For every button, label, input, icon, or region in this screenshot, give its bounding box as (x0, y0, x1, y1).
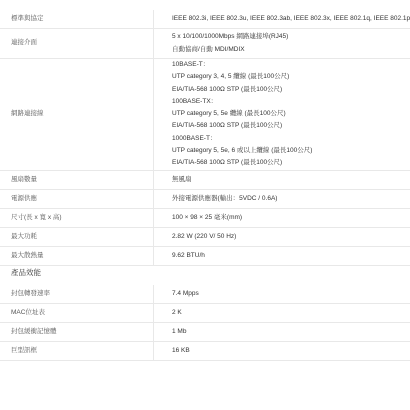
spec-value-line: EIA/TIA-568 100Ω STP (最長100公尺) (172, 84, 410, 96)
spec-row-forwarding-rate: 封包轉發速率 7.4 Mpps (0, 285, 410, 304)
spec-row-standards: 標準與協定 IEEE 802.3i, IEEE 802.3u, IEEE 802… (0, 10, 410, 29)
spec-value-line: 100BASE-TX： (172, 96, 410, 108)
spec-value: 5 x 10/100/1000Mbps 網路連接埠(RJ45) 自動協商/自動 … (154, 29, 410, 59)
spec-row-power-supply: 電源供應 外接電源供應器(輸出：5VDC / 0.6A) (0, 189, 410, 208)
spec-row-fans: 風扇數量 無風扇 (0, 170, 410, 189)
spec-value: 無風扇 (154, 170, 410, 189)
spec-label: 封包轉發速率 (0, 285, 154, 304)
spec-value-line: 5 x 10/100/1000Mbps 網路連接埠(RJ45) (172, 31, 410, 43)
spec-value: 10BASE-T： UTP category 3, 4, 5 纜線 (最長100… (154, 59, 410, 171)
spec-value-line: EIA/TIA-568 100Ω STP (最長100公尺) (172, 120, 410, 132)
spec-value: 100 × 98 × 25 毫米(mm) (154, 208, 410, 227)
spec-row-cabling: 網路連接線 10BASE-T： UTP category 3, 4, 5 纜線 … (0, 59, 410, 171)
spec-label: 巨型訊框 (0, 342, 154, 361)
spec-value: IEEE 802.3i, IEEE 802.3u, IEEE 802.3ab, … (154, 10, 410, 29)
spec-label: 網路連接線 (0, 59, 154, 171)
spec-value: 外接電源供應器(輸出：5VDC / 0.6A) (154, 189, 410, 208)
spec-row-max-power: 最大功耗 2.82 W (220 V/ 50 Hz) (0, 227, 410, 246)
spec-row-dimensions: 尺寸(長 x 寬 x 高) 100 × 98 × 25 毫米(mm) (0, 208, 410, 227)
spec-label: 標準與協定 (0, 10, 154, 29)
spec-label: 封包緩衝記憶體 (0, 323, 154, 342)
spec-row-jumbo-frame: 巨型訊框 16 KB (0, 342, 410, 361)
spec-value-line: EIA/TIA-568 100Ω STP (最長100公尺) (172, 157, 410, 169)
spec-label: 最大散熱量 (0, 246, 154, 265)
spec-value: 7.4 Mpps (154, 285, 410, 304)
spec-label: 風扇數量 (0, 170, 154, 189)
spec-row-packet-buffer: 封包緩衝記憶體 1 Mb (0, 323, 410, 342)
spec-value: 2.82 W (220 V/ 50 Hz) (154, 227, 410, 246)
spec-row-mac-table: MAC位址表 2 K (0, 304, 410, 323)
spec-value-line: UTP category 5, 5e 纜線 (最長100公尺) (172, 108, 410, 120)
spec-value-line: 自動協商/自動 MDI/MDIX (172, 44, 410, 56)
spec-label: 最大功耗 (0, 227, 154, 246)
spec-value-line: 10BASE-T： (172, 59, 410, 71)
section-title-performance: 產品效能 (11, 267, 41, 278)
spec-label: 尺寸(長 x 寬 x 高) (0, 208, 154, 227)
hardware-spec-table: 標準與協定 IEEE 802.3i, IEEE 802.3u, IEEE 802… (0, 10, 410, 266)
spec-value: 16 KB (154, 342, 410, 361)
spec-row-interface: 連接介面 5 x 10/100/1000Mbps 網路連接埠(RJ45) 自動協… (0, 29, 410, 59)
spec-value: 2 K (154, 304, 410, 323)
spec-label: 電源供應 (0, 189, 154, 208)
spec-value-line: 1000BASE-T： (172, 133, 410, 145)
spec-value: 1 Mb (154, 323, 410, 342)
spec-row-heat-dissipation: 最大散熱量 9.62 BTU/h (0, 246, 410, 265)
spec-value-line: UTP category 3, 4, 5 纜線 (最長100公尺) (172, 71, 410, 83)
spec-label: MAC位址表 (0, 304, 154, 323)
performance-spec-table: 封包轉發速率 7.4 Mpps MAC位址表 2 K 封包緩衝記憶體 1 Mb … (0, 285, 410, 361)
spec-value: 9.62 BTU/h (154, 246, 410, 265)
spec-value-line: UTP category 5, 5e, 6 或以上纜線 (最長100公尺) (172, 145, 410, 157)
spec-label: 連接介面 (0, 29, 154, 59)
